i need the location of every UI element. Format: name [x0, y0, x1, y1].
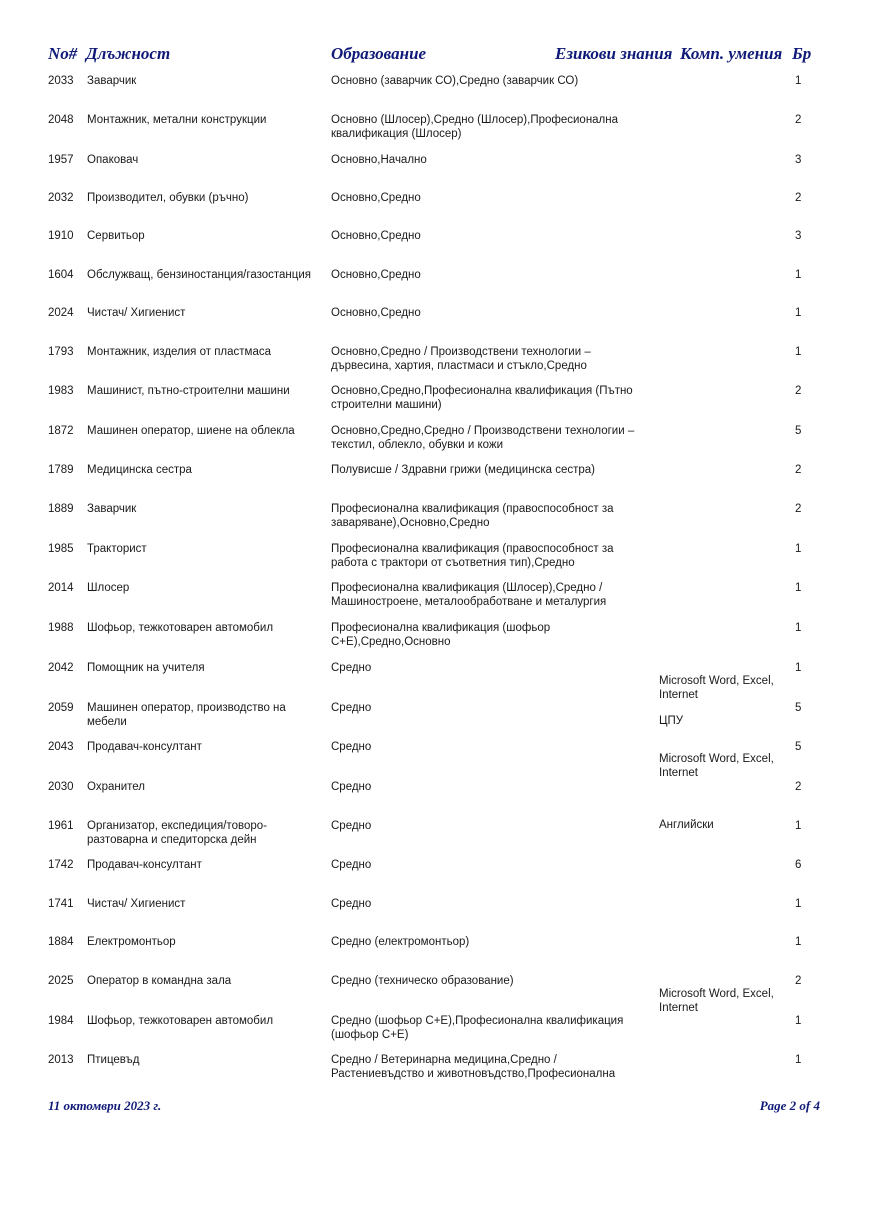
row-position: Заварчик [87, 502, 327, 516]
row-position: Шлосер [87, 581, 327, 595]
row-education: Професионална квалификация (правоспособн… [331, 542, 641, 570]
row-count: 1 [795, 897, 815, 911]
row-count: 1 [795, 621, 815, 635]
row-count: 2 [795, 974, 815, 988]
row-no: 1983 [48, 384, 88, 398]
row-position: Помощник на учителя [87, 661, 327, 675]
row-no: 1604 [48, 268, 88, 282]
row-education: Средно [331, 701, 641, 715]
row-position: Машинен оператор, шиене на облекла [87, 424, 327, 438]
row-count: 5 [795, 424, 815, 438]
header-count: Бр [792, 44, 811, 64]
row-no: 1988 [48, 621, 88, 635]
row-no: 1889 [48, 502, 88, 516]
row-count: 1 [795, 1053, 815, 1067]
row-education: Средно (шофьор C+E),Професионална квалиф… [331, 1014, 641, 1042]
computer-skill-entry: Microsoft Word, Excel, Internet [659, 987, 779, 1015]
row-education: Професионална квалификация (правоспособн… [331, 502, 641, 530]
row-education: Основно (заварчик СО),Средно (заварчик С… [331, 74, 641, 88]
row-count: 2 [795, 502, 815, 516]
row-position: Машинен оператор, производство на мебели [87, 701, 327, 729]
row-education: Средно (електромонтьор) [331, 935, 641, 949]
row-count: 1 [795, 268, 815, 282]
row-no: 2048 [48, 113, 88, 127]
footer-date: 11 октомври 2023 г. [48, 1098, 161, 1114]
row-count: 5 [795, 740, 815, 754]
computer-skill-entry: Microsoft Word, Excel, Internet [659, 752, 779, 780]
row-count: 2 [795, 113, 815, 127]
row-no: 2032 [48, 191, 88, 205]
row-education: Основно,Начално [331, 153, 641, 167]
row-position: Електромонтьор [87, 935, 327, 949]
row-no: 1985 [48, 542, 88, 556]
row-count: 2 [795, 191, 815, 205]
row-position: Производител, обувки (ръчно) [87, 191, 327, 205]
row-count: 3 [795, 153, 815, 167]
row-position: Опаковач [87, 153, 327, 167]
row-count: 1 [795, 542, 815, 556]
row-position: Шофьор, тежкотоварен автомобил [87, 621, 327, 635]
row-count: 6 [795, 858, 815, 872]
row-education: Основно,Средно,Професионална квалификаци… [331, 384, 641, 412]
row-position: Шофьор, тежкотоварен автомобил [87, 1014, 327, 1028]
row-position: Медицинска сестра [87, 463, 327, 477]
header-education: Образование [331, 44, 426, 64]
row-education: Средно [331, 661, 641, 675]
row-position: Продавач-консултант [87, 858, 327, 872]
row-count: 2 [795, 463, 815, 477]
header-computer-skills: Комп. умения [680, 44, 782, 64]
row-position: Тракторист [87, 542, 327, 556]
row-count: 1 [795, 306, 815, 320]
row-education: Средно (техническо образование) [331, 974, 641, 988]
row-position: Птицевъд [87, 1053, 327, 1067]
header-languages: Езикови знания [555, 44, 672, 64]
row-position: Организатор, експедиция/товоро-разтоварн… [87, 819, 327, 847]
row-position: Чистач/ Хигиенист [87, 897, 327, 911]
row-no: 2024 [48, 306, 88, 320]
row-position: Продавач-консултант [87, 740, 327, 754]
row-count: 1 [795, 935, 815, 949]
row-education: Средно [331, 858, 641, 872]
row-count: 1 [795, 581, 815, 595]
row-no: 2025 [48, 974, 88, 988]
row-education: Основно,Средно [331, 268, 641, 282]
row-education: Основно (Шлосер),Средно (Шлосер),Професи… [331, 113, 641, 141]
computer-skill-entry: Microsoft Word, Excel, Internet [659, 674, 779, 702]
row-education: Основно,Средно / Производствени технолог… [331, 345, 641, 373]
row-no: 2033 [48, 74, 88, 88]
row-count: 2 [795, 780, 815, 794]
row-count: 5 [795, 701, 815, 715]
row-count: 3 [795, 229, 815, 243]
row-no: 2043 [48, 740, 88, 754]
report-page: No# Длъжност Образование Езикови знания … [0, 0, 870, 1230]
row-education: Основно,Средно [331, 229, 641, 243]
row-education: Средно [331, 780, 641, 794]
row-position: Заварчик [87, 74, 327, 88]
row-no: 1910 [48, 229, 88, 243]
row-position: Монтажник, изделия от пластмаса [87, 345, 327, 359]
row-no: 2059 [48, 701, 88, 715]
row-education: Средно [331, 819, 641, 833]
row-no: 1742 [48, 858, 88, 872]
row-position: Оператор в командна зала [87, 974, 327, 988]
row-no: 1984 [48, 1014, 88, 1028]
row-count: 1 [795, 661, 815, 675]
row-count: 1 [795, 74, 815, 88]
row-education: Средно / Ветеринарна медицина,Средно / Р… [331, 1053, 641, 1081]
row-no: 2042 [48, 661, 88, 675]
row-position: Чистач/ Хигиенист [87, 306, 327, 320]
computer-skill-entry: ЦПУ [659, 714, 779, 728]
footer-page-number: Page 2 of 4 [760, 1098, 820, 1114]
row-no: 1872 [48, 424, 88, 438]
row-no: 1957 [48, 153, 88, 167]
row-position: Сервитьор [87, 229, 327, 243]
row-no: 1741 [48, 897, 88, 911]
row-position: Обслужващ, бензиностанция/газостанция [87, 268, 327, 282]
row-education: Основно,Средно [331, 191, 641, 205]
row-position: Охранител [87, 780, 327, 794]
row-education: Средно [331, 740, 641, 754]
row-position: Машинист, пътно-строителни машини [87, 384, 327, 398]
row-education: Основно,Средно,Средно / Производствени т… [331, 424, 641, 452]
header-position: Длъжност [86, 44, 170, 64]
row-count: 2 [795, 384, 815, 398]
row-no: 1789 [48, 463, 88, 477]
row-position: Монтажник, метални конструкции [87, 113, 327, 127]
row-no: 1793 [48, 345, 88, 359]
row-no: 1961 [48, 819, 88, 833]
header-no: No# [48, 44, 77, 64]
computer-skill-entry: Английски [659, 818, 779, 832]
row-count: 1 [795, 345, 815, 359]
row-count: 1 [795, 819, 815, 833]
row-no: 2030 [48, 780, 88, 794]
row-count: 1 [795, 1014, 815, 1028]
row-no: 2013 [48, 1053, 88, 1067]
row-education: Професионална квалификация (шофьор C+E),… [331, 621, 641, 649]
row-education: Основно,Средно [331, 306, 641, 320]
row-education: Полувисше / Здравни грижи (медицинска се… [331, 463, 641, 477]
row-no: 1884 [48, 935, 88, 949]
row-education: Професионална квалификация (Шлосер),Сред… [331, 581, 641, 609]
row-education: Средно [331, 897, 641, 911]
row-no: 2014 [48, 581, 88, 595]
